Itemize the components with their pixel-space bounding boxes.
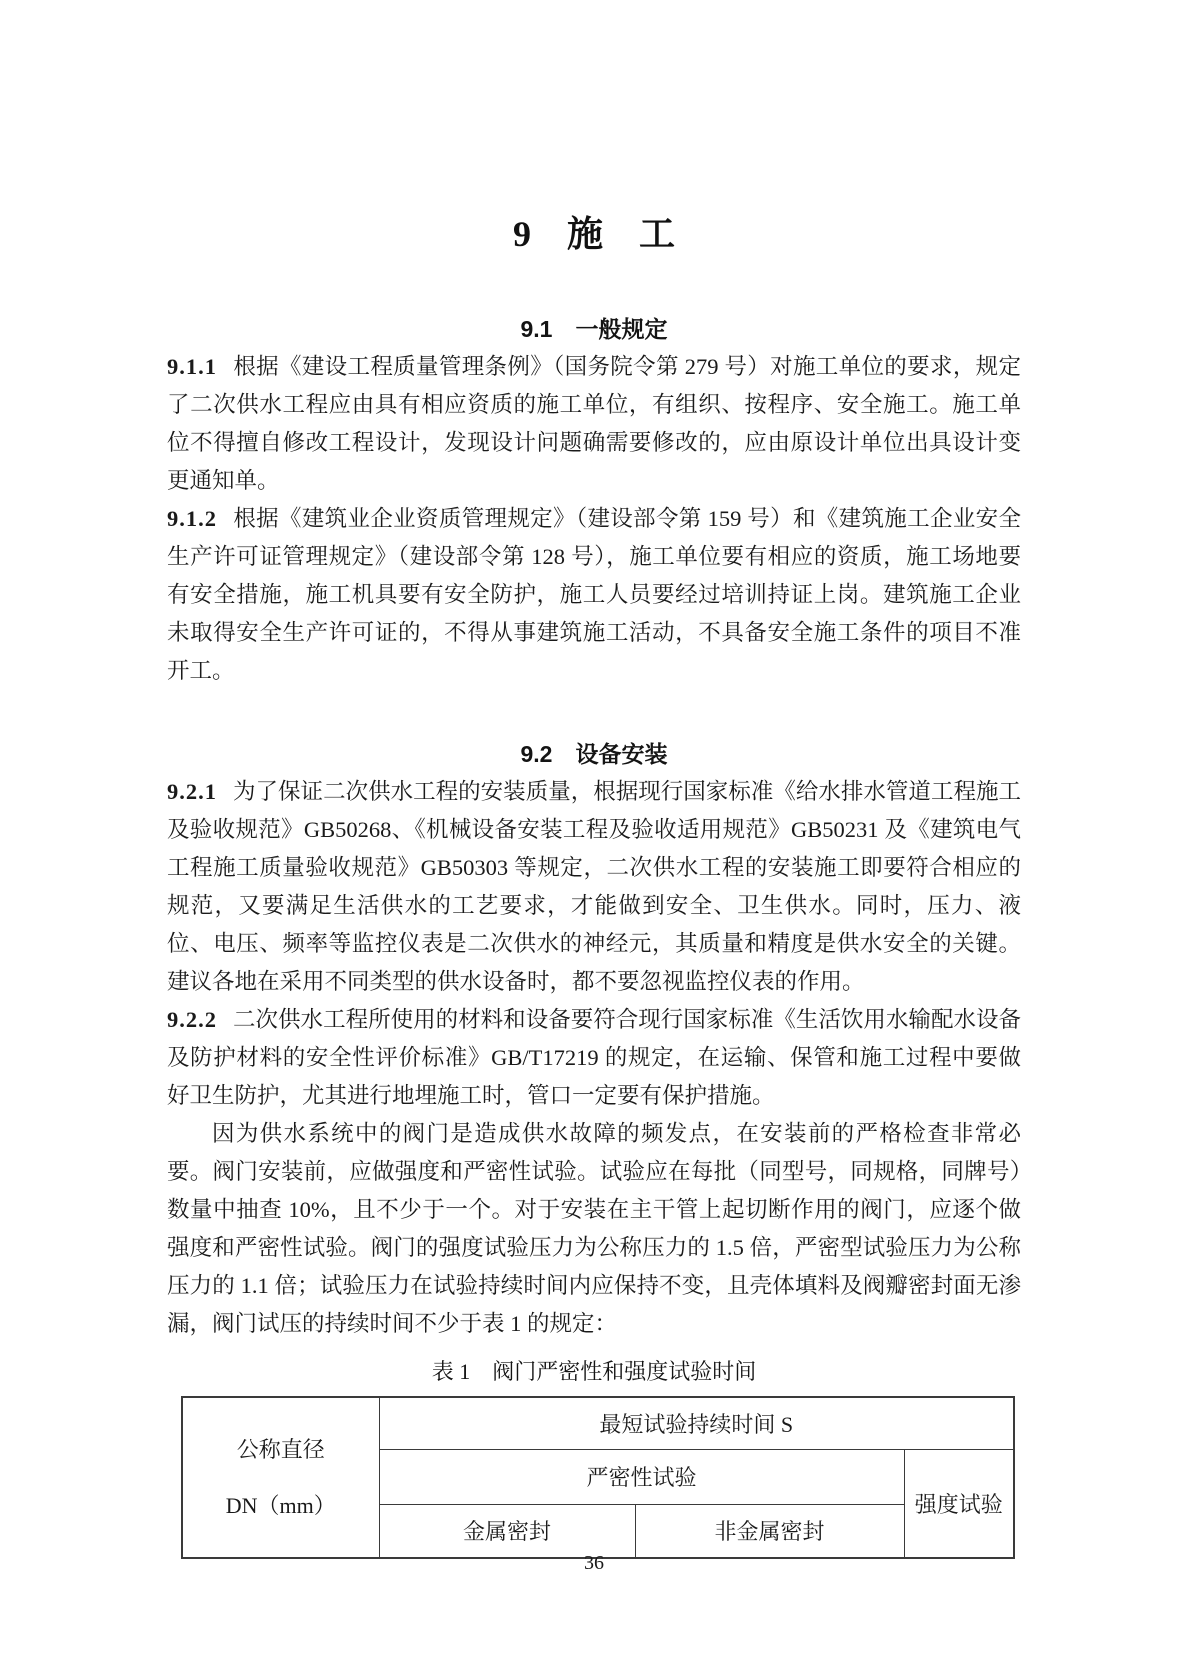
valve-inspection-paragraph: 因为供水系统中的阀门是造成供水故障的频发点，在安装前的严格检查非常必要。阀门安装…	[167, 1115, 1021, 1343]
cell-seal-test: 严密性试验	[379, 1449, 904, 1504]
clause-number-9-2-2: 9.2.2	[167, 1007, 217, 1032]
table-header-row-1: 公称直径 DN（mm） 最短试验持续时间 S	[182, 1397, 1014, 1449]
clause-9-2-1: 9.2.1为了保证二次供水工程的安装质量，根据现行国家标准《给水排水管道工程施工…	[167, 773, 1021, 1001]
document-page: 9 施 工 9.1 一般规定 9.1.1根据《建设工程质量管理条例》（国务院令第…	[0, 0, 1188, 1680]
chapter-title: 9 施 工	[167, 0, 1021, 258]
clause-text-9-2-1: 为了保证二次供水工程的安装质量，根据现行国家标准《给水排水管道工程施工及验收规范…	[167, 779, 1021, 994]
clause-text-9-1-2: 根据《建筑业企业资质管理规定》（建设部令第 159 号）和《建筑施工企业安全生产…	[167, 506, 1021, 683]
cell-min-test-duration: 最短试验持续时间 S	[379, 1397, 1014, 1449]
section-heading-9-1: 9.1 一般规定	[167, 314, 1021, 344]
clause-9-2-2: 9.2.2二次供水工程所使用的材料和设备要符合现行国家标准《生活饮用水输配水设备…	[167, 1001, 1021, 1115]
clause-number-9-1-1: 9.1.1	[167, 354, 217, 379]
section-heading-9-2: 9.2 设备安装	[167, 739, 1021, 769]
clause-9-1-1: 9.1.1根据《建设工程质量管理条例》（国务院令第 279 号）对施工单位的要求…	[167, 348, 1021, 500]
nominal-diameter-unit: DN（mm）	[183, 1478, 379, 1534]
clause-text-9-1-1: 根据《建设工程质量管理条例》（国务院令第 279 号）对施工单位的要求，规定了二…	[167, 354, 1021, 493]
nominal-diameter-label: 公称直径	[183, 1422, 379, 1478]
cell-metal-seal: 金属密封	[379, 1504, 635, 1558]
cell-nominal-diameter: 公称直径 DN（mm）	[182, 1397, 379, 1558]
clause-number-9-1-2: 9.1.2	[167, 506, 217, 531]
clause-number-9-2-1: 9.2.1	[167, 779, 217, 804]
clause-text-9-2-2: 二次供水工程所使用的材料和设备要符合现行国家标准《生活饮用水输配水设备及防护材料…	[167, 1007, 1021, 1108]
cell-strength-test: 强度试验	[904, 1449, 1014, 1558]
table-caption: 表 1 阀门严密性和强度试验时间	[167, 1357, 1021, 1387]
clause-9-1-2: 9.1.2根据《建筑业企业资质管理规定》（建设部令第 159 号）和《建筑施工企…	[167, 500, 1021, 690]
page-number: 36	[0, 1552, 1188, 1575]
valve-test-table: 公称直径 DN（mm） 最短试验持续时间 S 严密性试验 强度试验 金属密封 非…	[181, 1396, 1015, 1559]
page-content: 9 施 工 9.1 一般规定 9.1.1根据《建设工程质量管理条例》（国务院令第…	[167, 0, 1021, 1559]
cell-nonmetal-seal: 非金属密封	[635, 1504, 904, 1558]
